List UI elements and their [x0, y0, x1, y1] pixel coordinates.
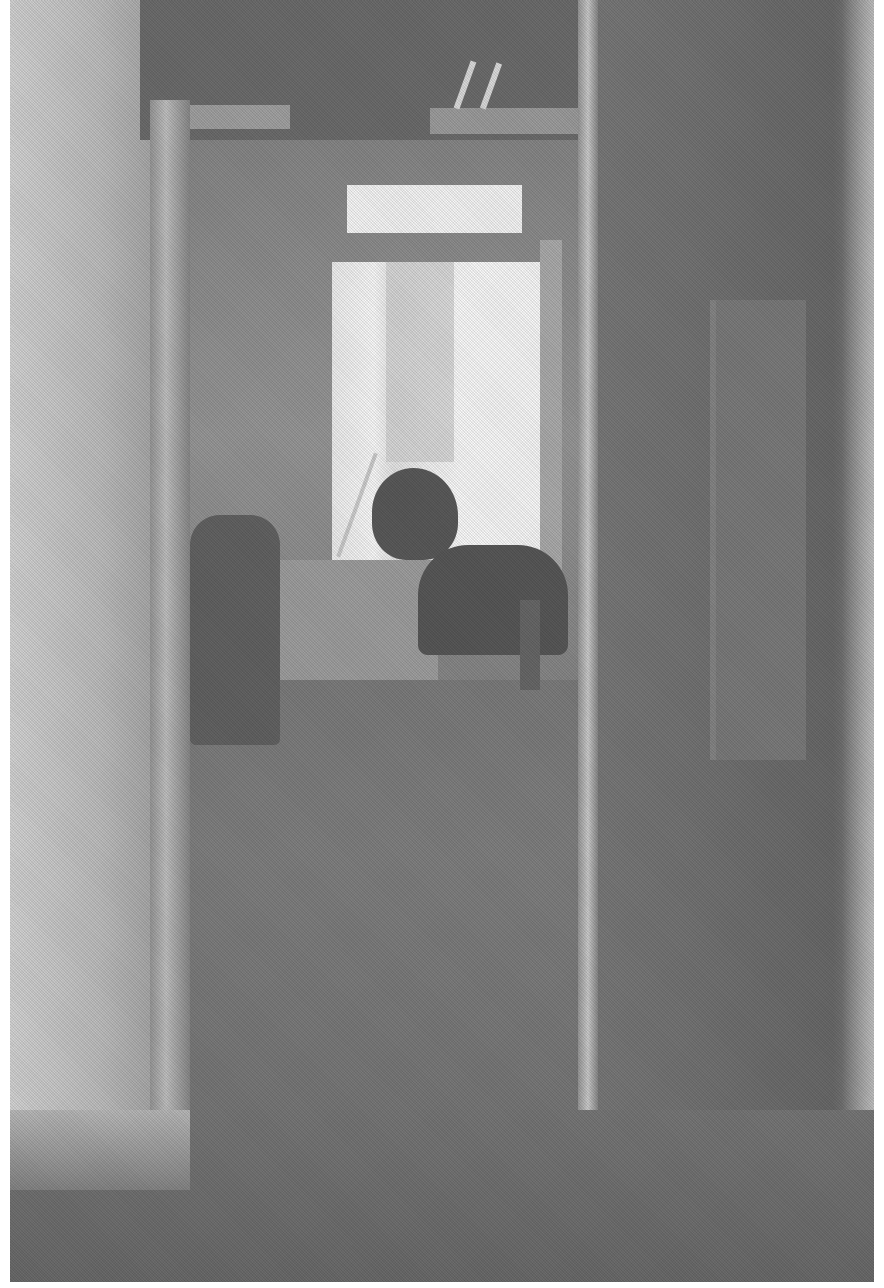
table: [278, 560, 438, 680]
header-trim-right: [430, 108, 580, 134]
photograph: [10, 0, 874, 1282]
window-frame: [540, 240, 562, 570]
left-wall: [10, 0, 160, 1282]
chair-right: [418, 545, 568, 655]
wall-panel: [710, 300, 806, 760]
left-door-jamb: [150, 100, 190, 1130]
chair-left: [190, 515, 280, 745]
chair-leg: [520, 600, 540, 690]
potted-plant: [372, 468, 458, 560]
right-edge-vignette: [842, 0, 874, 1282]
right-door-jamb: [578, 0, 598, 1120]
transom-window: [347, 185, 522, 233]
window-curtain: [386, 262, 454, 462]
room-floor: [180, 680, 580, 1120]
floor-light-patch: [10, 1110, 190, 1190]
